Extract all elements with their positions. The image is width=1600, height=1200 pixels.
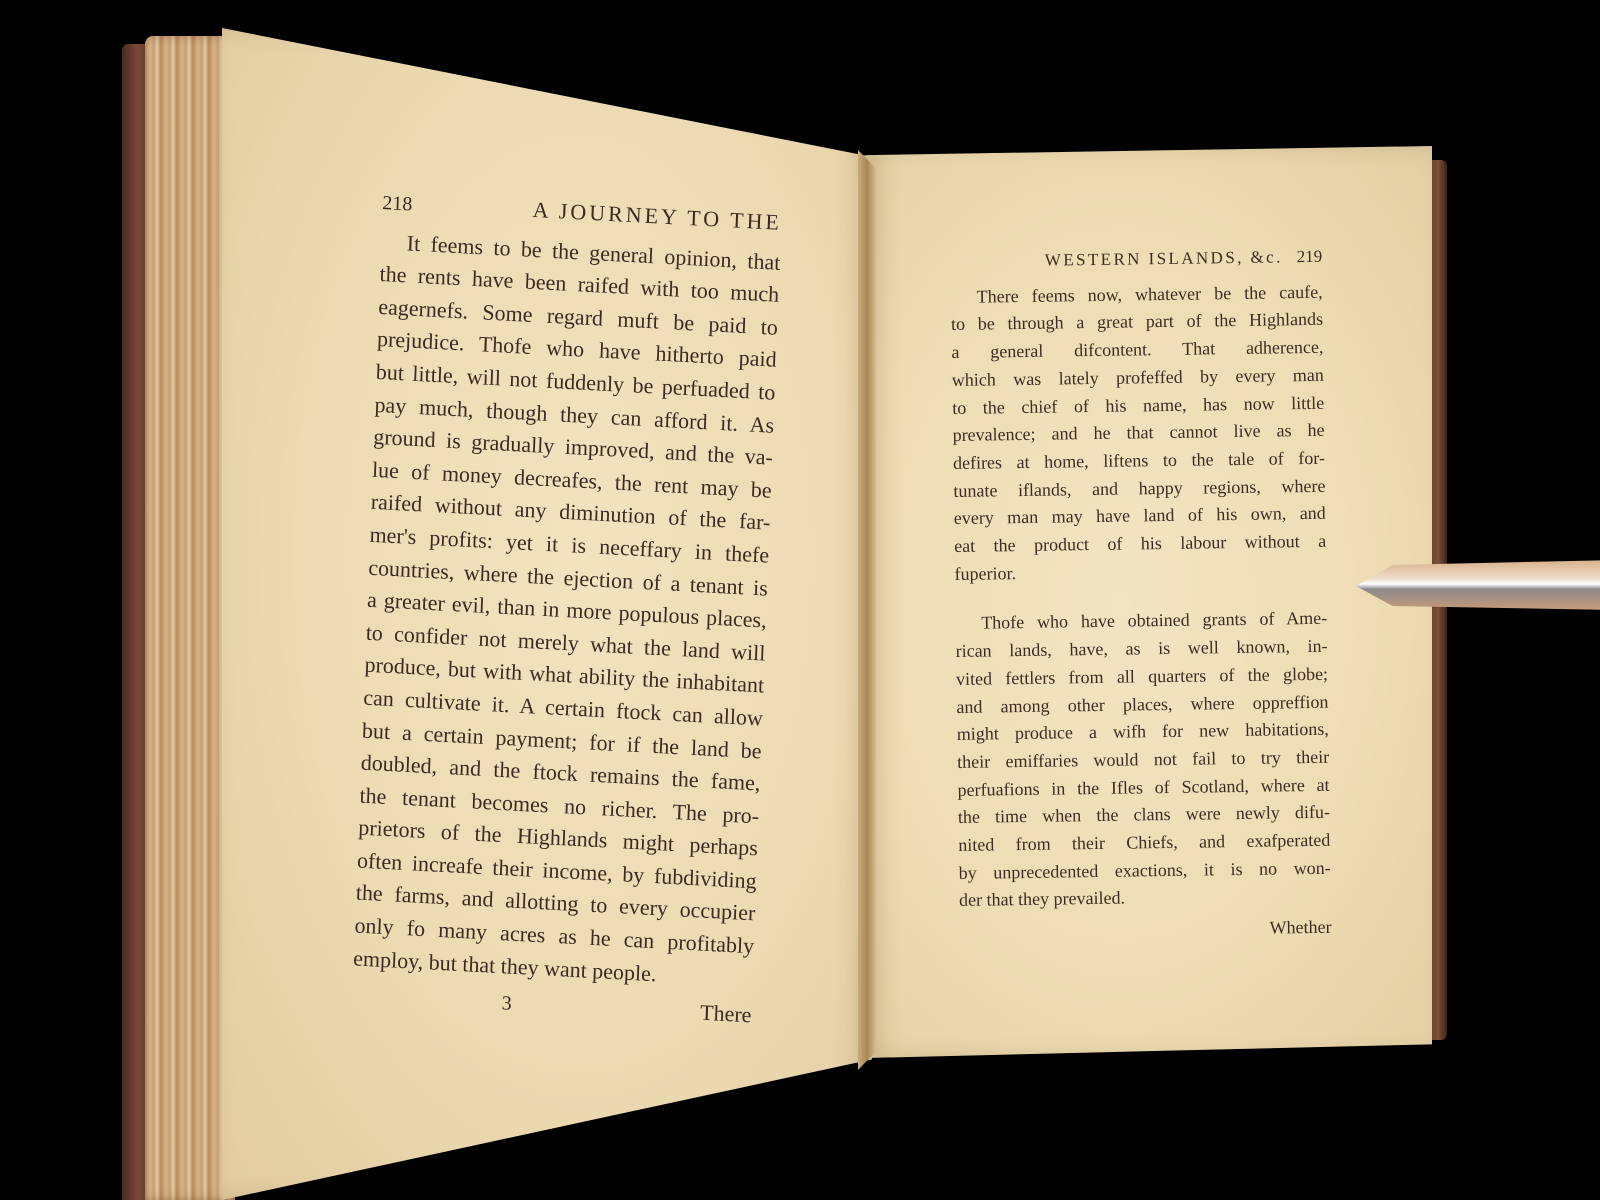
catchword-right: Whether [959, 914, 1331, 947]
text-line: der that they prevailed. [959, 882, 1331, 915]
paragraph: Thofe who have obtained grants of Ame- r… [955, 605, 1331, 915]
page-number-left: 218 [382, 187, 413, 221]
knife-pointer-icon [1356, 560, 1600, 610]
page-number-right: 219 [1296, 243, 1322, 271]
right-running-head: WESTERN ISLANDS, &c. 219 [950, 243, 1322, 276]
book-gutter [858, 150, 876, 1070]
page-edges-stack [145, 36, 235, 1200]
paragraph: There feems now, whatever be the caufe, … [950, 279, 1326, 589]
paragraph: It feems to be the general opinion, that… [353, 226, 781, 996]
signature-mark: 3 [501, 988, 512, 1021]
book-photo: 218 A JOURNEY TO THE It feems to be the … [0, 0, 1600, 1200]
catchword-left: There [700, 997, 752, 1032]
text-line: eat the product of his labour without a [954, 528, 1326, 561]
text-line: by unprecedented exactions, it is no won… [959, 855, 1331, 888]
right-page-text: WESTERN ISLANDS, &c. 219 There feems now… [950, 243, 1332, 947]
left-page-text: 218 A JOURNEY TO THE It feems to be the … [351, 186, 782, 1033]
running-head-title-right: WESTERN ISLANDS, &c. [950, 243, 1283, 275]
